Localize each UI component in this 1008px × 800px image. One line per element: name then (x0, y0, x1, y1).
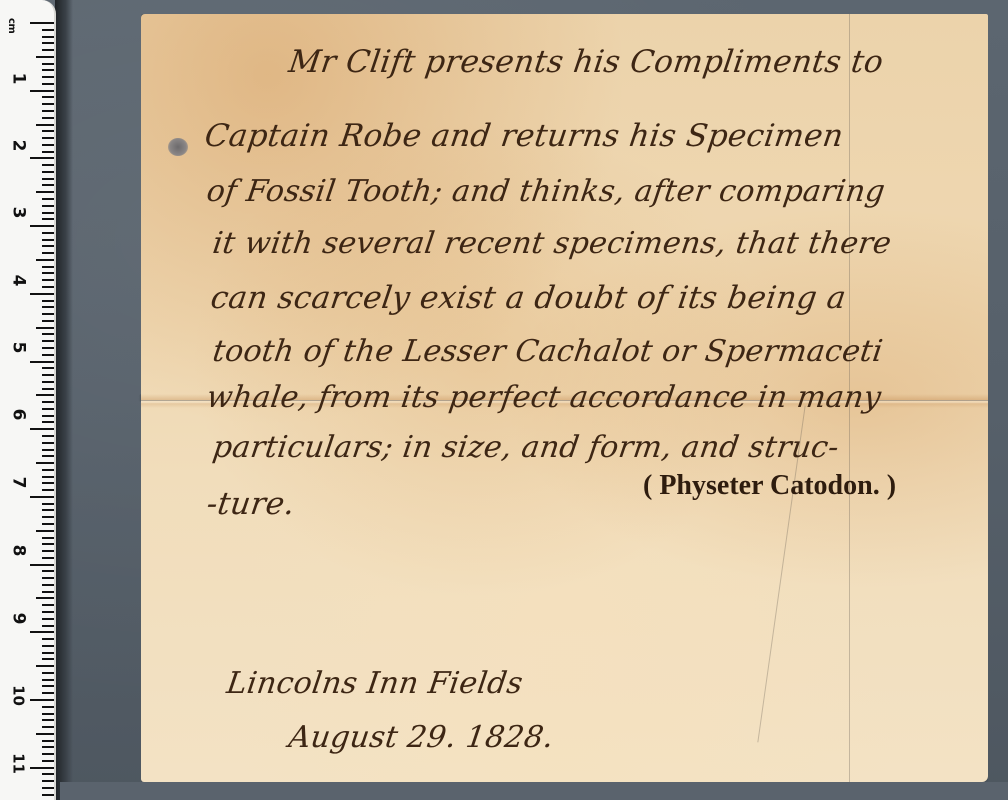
ruler-tick (42, 29, 54, 31)
letter-line-2: Captain Robe and returns his Specimen (202, 118, 845, 154)
ruler-tick (42, 679, 54, 681)
ruler-tick (30, 428, 54, 430)
ruler-number-7: 7 (10, 469, 27, 497)
ruler-tick (42, 279, 54, 281)
ruler-tick (42, 706, 54, 708)
ruler-tick (42, 300, 54, 302)
ruler-tick (42, 604, 54, 606)
ruler-tick (42, 272, 54, 274)
ruler-tick (30, 564, 54, 566)
ruler-tick (42, 449, 54, 451)
ruler-tick (36, 191, 54, 193)
ruler-tick (42, 137, 54, 139)
ruler-tick (42, 212, 54, 214)
ruler-number-2: 2 (10, 132, 27, 160)
ruler-tick (42, 63, 54, 65)
ruler-tick (42, 96, 54, 98)
ruler-tick (42, 252, 54, 254)
ruler-tick (42, 313, 54, 315)
ruler-tick (30, 767, 54, 769)
letter-paper: Mr Clift presents his Compliments to Cap… (141, 14, 988, 782)
ruler-tick (42, 794, 54, 796)
ruler-tick (36, 124, 54, 126)
ruler-tick (42, 110, 54, 112)
ruler-tick (30, 90, 54, 92)
ruler-tick (42, 509, 54, 511)
ruler-tick (42, 537, 54, 539)
ruler-tick (42, 726, 54, 728)
ruler-tick (42, 117, 54, 119)
ruler-tick (42, 746, 54, 748)
species-name: ( Physeter Catodon. ) (643, 470, 896, 502)
ruler-tick (42, 523, 54, 525)
ruler-tick (42, 218, 54, 220)
ruler-tick (42, 320, 54, 322)
ruler-tick (42, 144, 54, 146)
ruler-tick (42, 245, 54, 247)
ruler-tick (42, 787, 54, 789)
ruler-tick (30, 225, 54, 227)
ruler-tick (42, 171, 54, 173)
ruler-tick (42, 652, 54, 654)
ruler-tick (30, 699, 54, 701)
ruler-tick (42, 713, 54, 715)
ruler-tick (36, 665, 54, 667)
ruler-number-9: 9 (10, 605, 27, 633)
ruler-tick (42, 415, 54, 417)
ruler-tick (42, 611, 54, 613)
ruler-tick (42, 381, 54, 383)
ruler-tick (36, 259, 54, 261)
letter-line-7: whale, from its perfect accordance in ma… (205, 380, 884, 415)
letter-line-3: of Fossil Tooth; and thinks, after compa… (205, 174, 888, 209)
ruler-tick (42, 164, 54, 166)
ink-stain (168, 138, 188, 156)
ruler-number-1: 1 (10, 65, 27, 93)
letter-line-9: -ture. (204, 486, 297, 522)
ruler-tick (42, 130, 54, 132)
ruler-number-5: 5 (10, 334, 27, 362)
ruler-tick (30, 496, 54, 498)
ruler-tick (42, 476, 54, 478)
ruler-tick (42, 266, 54, 268)
ruler-tick (42, 570, 54, 572)
ruler-tick (42, 374, 54, 376)
ruler-tick (42, 36, 54, 38)
ruler-tick (42, 178, 54, 180)
ruler-ticks (30, 0, 56, 800)
ruler-tick (42, 76, 54, 78)
ruler-tick (42, 516, 54, 518)
ruler-tick (42, 421, 54, 423)
letter-line-4: it with several recent specimens, that t… (211, 226, 894, 261)
ruler-tick (42, 205, 54, 207)
ruler-tick (42, 367, 54, 369)
ruler-tick (42, 442, 54, 444)
ruler-tick (42, 306, 54, 308)
ruler-tick (42, 482, 54, 484)
ruler-number-8: 8 (10, 537, 27, 565)
letter-line-1: Mr Clift presents his Compliments to (286, 44, 885, 80)
ruler-tick (42, 780, 54, 782)
ruler-tick (36, 597, 54, 599)
ruler-tick (42, 672, 54, 674)
scale-ruler: cm 1 2 3 4 5 6 7 8 9 10 11 (0, 0, 56, 800)
ruler-tick (42, 232, 54, 234)
ruler-tick (42, 760, 54, 762)
ruler-tick (42, 69, 54, 71)
ruler-tick (42, 340, 54, 342)
ruler-tick (42, 286, 54, 288)
ruler-tick (42, 408, 54, 410)
ruler-tick (42, 354, 54, 356)
ruler-tick (42, 151, 54, 153)
letter-place: Lincolns Inn Fields (225, 666, 526, 701)
ruler-tick (30, 361, 54, 363)
mount-shadow (55, 0, 73, 800)
ruler-tick (30, 631, 54, 633)
ruler-tick (42, 198, 54, 200)
ruler-tick (42, 388, 54, 390)
ruler-tick (42, 469, 54, 471)
ruler-tick (42, 543, 54, 545)
ruler-number-11: 11 (10, 750, 27, 778)
ruler-tick (42, 489, 54, 491)
ruler-number-3: 3 (10, 199, 27, 227)
ruler-tick (42, 773, 54, 775)
ruler-tick (36, 327, 54, 329)
letter-date: August 29. 1828. (287, 720, 556, 755)
ruler-tick (36, 56, 54, 58)
letter-line-8: particulars; in size, and form, and stru… (211, 430, 842, 465)
ruler-tick (42, 692, 54, 694)
letter-line-5: can scarcely exist a doubt of its being … (208, 280, 848, 316)
ruler-tick (36, 530, 54, 532)
ruler-tick (36, 733, 54, 735)
ruler-tick (42, 625, 54, 627)
ruler-tick (42, 333, 54, 335)
ruler-tick (42, 49, 54, 51)
ruler-tick (42, 83, 54, 85)
letter-line-6: tooth of the Lesser Cachalot or Spermace… (211, 334, 886, 369)
ruler-tick (42, 719, 54, 721)
ruler-tick (42, 638, 54, 640)
ruler-tick (42, 239, 54, 241)
ruler-number-4: 4 (10, 267, 27, 295)
ruler-tick (42, 591, 54, 593)
ruler-tick (42, 658, 54, 660)
ruler-tick (42, 435, 54, 437)
ruler-tick (36, 462, 54, 464)
mount-bottom-edge (60, 782, 1008, 800)
ruler-tick (42, 550, 54, 552)
ruler-tick (42, 618, 54, 620)
ruler-tick (42, 455, 54, 457)
ruler-tick (42, 557, 54, 559)
ruler-tick (42, 347, 54, 349)
ruler-tick (36, 394, 54, 396)
ruler-tick (42, 753, 54, 755)
ruler-tick (30, 22, 54, 24)
ruler-tick (42, 584, 54, 586)
ruler-tick (42, 184, 54, 186)
ruler-tick (42, 685, 54, 687)
ruler-tick (42, 103, 54, 105)
ruler-unit-label: cm (6, 18, 17, 33)
ruler-tick (30, 293, 54, 295)
ruler-tick (42, 503, 54, 505)
ruler-number-6: 6 (10, 401, 27, 429)
ruler-number-10: 10 (10, 682, 27, 710)
ruler-tick (42, 401, 54, 403)
ruler-tick (42, 577, 54, 579)
ruler-tick (42, 42, 54, 44)
ruler-tick (30, 157, 54, 159)
ruler-tick (42, 645, 54, 647)
ruler-tick (42, 740, 54, 742)
